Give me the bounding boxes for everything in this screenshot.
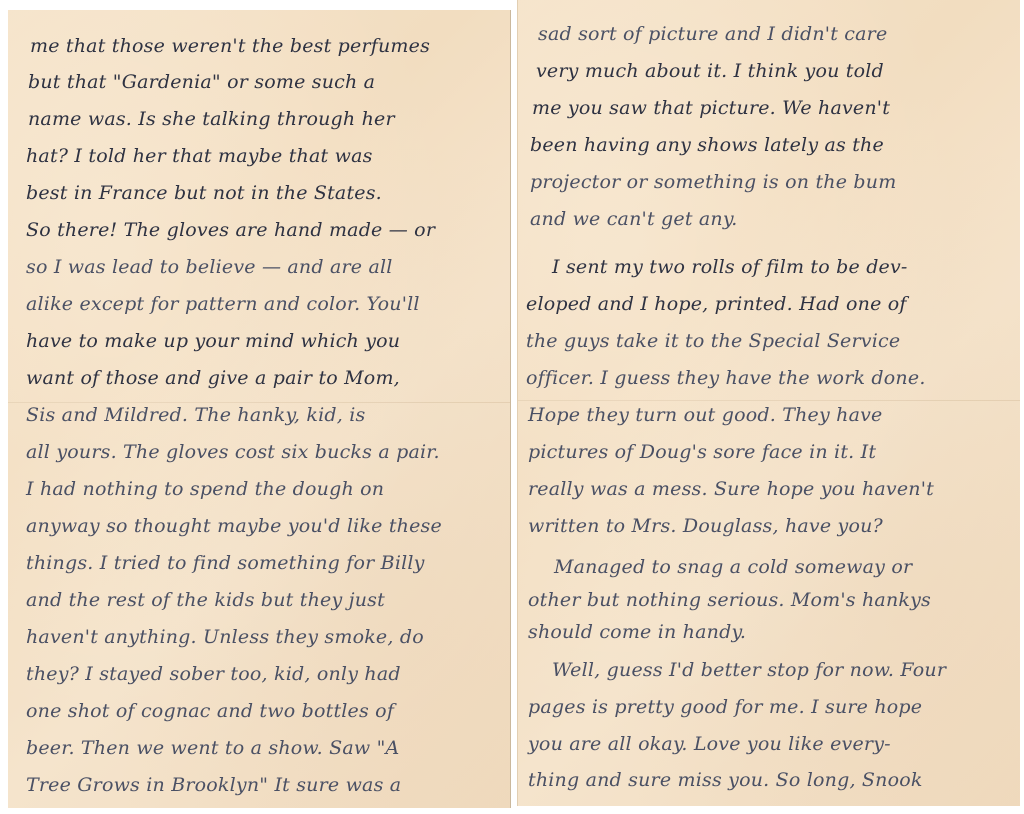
text-line: Well, guess I'd better stop for now. Fou…: [552, 658, 946, 682]
text-line: projector or something is on the bum: [530, 170, 896, 194]
text-line: very much about it. I think you told: [536, 59, 884, 83]
text-line: beer. Then we went to a show. Saw "A: [26, 736, 399, 760]
text-line: the guys take it to the Special Service: [526, 329, 900, 353]
text-line: I sent my two rolls of film to be dev-: [552, 255, 908, 279]
text-line: Hope they turn out good. They have: [528, 403, 882, 427]
text-line: they? I stayed sober too, kid, only had: [26, 662, 401, 686]
text-line: I had nothing to spend the dough on: [26, 477, 384, 501]
text-line: Tree Grows in Brooklyn" It sure was a: [26, 773, 401, 797]
text-line: so I was lead to believe — and are all: [26, 255, 393, 279]
text-line: officer. I guess they have the work done…: [526, 366, 926, 390]
text-line: anyway so thought maybe you'd like these: [26, 514, 442, 538]
text-line: sad sort of picture and I didn't care: [538, 22, 887, 46]
text-line: pages is pretty good for me. I sure hope: [528, 695, 922, 719]
text-line: name was. Is she talking through her: [28, 107, 395, 131]
text-line: things. I tried to find something for Bi…: [26, 551, 425, 575]
text-line: you are all okay. Love you like every-: [528, 732, 891, 756]
text-line: thing and sure miss you. So long, Snook: [528, 768, 923, 792]
text-line: best in France but not in the States.: [26, 181, 382, 205]
text-line: should come in handy.: [528, 620, 746, 644]
text-line: pictures of Doug's sore face in it. It: [528, 440, 876, 464]
text-line: Managed to snag a cold someway or: [554, 555, 912, 579]
text-line: So there! The gloves are hand made — or: [26, 218, 435, 242]
text-line: Sis and Mildred. The hanky, kid, is: [26, 403, 365, 427]
text-line: and the rest of the kids but they just: [26, 588, 385, 612]
text-line: hat? I told her that maybe that was: [26, 144, 373, 168]
text-line: one shot of cognac and two bottles of: [26, 699, 394, 723]
text-line: me you saw that picture. We haven't: [532, 96, 890, 120]
text-line: eloped and I hope, printed. Had one of: [526, 292, 907, 316]
text-line: all yours. The gloves cost six bucks a p…: [26, 440, 440, 464]
text-line: alike except for pattern and color. You'…: [26, 292, 420, 316]
text-line: haven't anything. Unless they smoke, do: [26, 625, 424, 649]
paper-fold-line: [518, 400, 1020, 401]
text-line: but that "Gardenia" or some such a: [28, 70, 375, 94]
text-line: been having any shows lately as the: [530, 133, 884, 157]
text-line: me that those weren't the best perfumes: [30, 34, 430, 58]
text-line: written to Mrs. Douglass, have you?: [528, 514, 883, 538]
text-line: want of those and give a pair to Mom,: [26, 366, 400, 390]
text-line: other but nothing serious. Mom's hankys: [528, 588, 931, 612]
letter-page-left: me that those weren't the best perfumes …: [8, 10, 511, 808]
letter-page-right: sad sort of picture and I didn't care ve…: [517, 0, 1020, 806]
text-line: and we can't get any.: [530, 207, 738, 231]
text-line: have to make up your mind which you: [26, 329, 400, 353]
text-line: really was a mess. Sure hope you haven't: [528, 477, 934, 501]
